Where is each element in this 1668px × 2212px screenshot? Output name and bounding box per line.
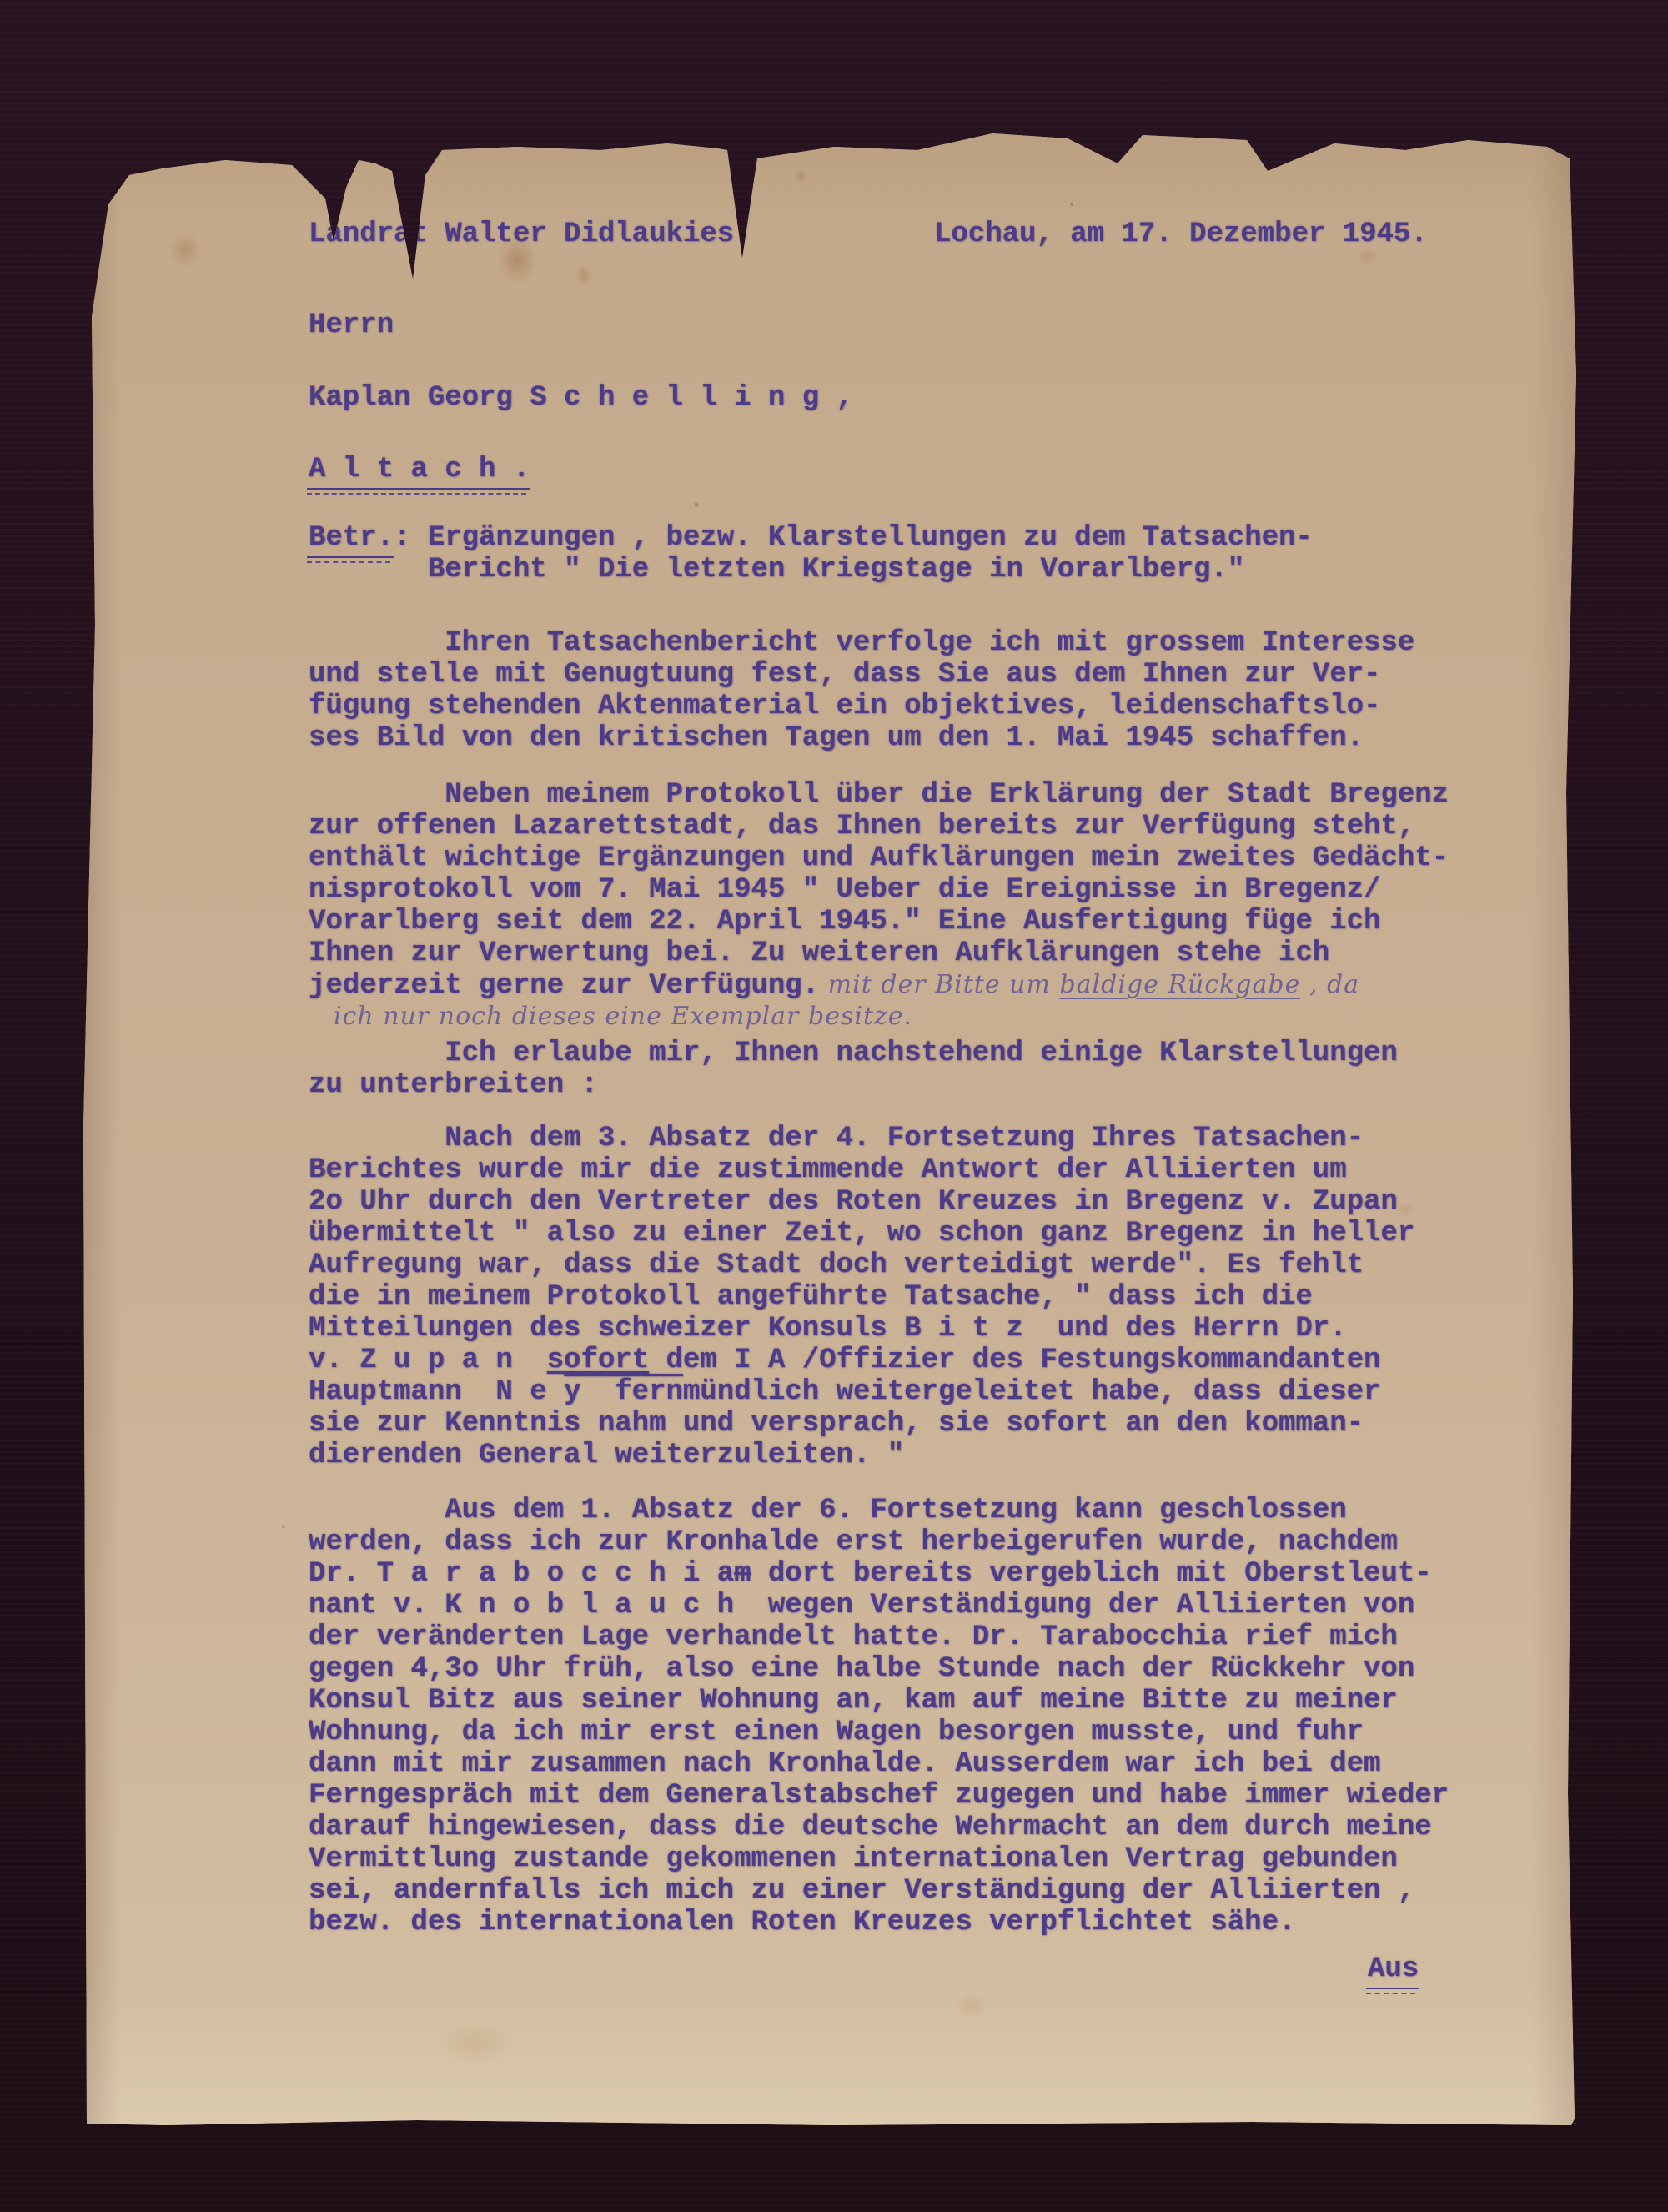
- letter-text-segment: sei, andernfalls ich mich zu einer Verst…: [309, 1875, 1414, 1907]
- letter-line: zur offenen Lazarettstadt, das Ihnen ber…: [309, 811, 1551, 842]
- letter-line: Ihnen zur Verwertung bei. Zu weiteren Au…: [309, 938, 1551, 969]
- letter-line: Betr.: Ergänzungen , bezw. Klarstellunge…: [309, 522, 1551, 554]
- letter-line: die in meinem Protokoll angeführte Tatsa…: [309, 1281, 1551, 1313]
- letter-line: Bericht " Die letzten Kriegstage in Vora…: [309, 554, 1551, 586]
- letter-text-segment: Berichtes wurde mir die zustimmende Antw…: [309, 1154, 1347, 1186]
- letter-text-segment: sie zur Kenntnis nahm und versprach, sie…: [309, 1408, 1364, 1440]
- letter-line: Nach dem 3. Absatz der 4. Fortsetzung Ih…: [309, 1123, 1551, 1154]
- letter-line: Aus dem 1. Absatz der 6. Fortsetzung kan…: [309, 1495, 1551, 1526]
- letter-text-segment: nant v. K n o b l a u c h wegen Verständ…: [309, 1590, 1414, 1621]
- letter-line: Neben meinem Protokoll über die Erklärun…: [309, 779, 1551, 811]
- letter-body: Landrat Walter DidlaukiesLochau, am 17. …: [83, 125, 1576, 1985]
- letter-text-segment: Dr. T a r a b o c c h i a: [309, 1558, 734, 1590]
- letter-line: v. Z u p a n sofort dem I A /Offizier de…: [309, 1345, 1551, 1376]
- recipient-place: A l t a c h .: [309, 454, 530, 485]
- letter-text-segment: v. Z u p a n: [309, 1345, 547, 1376]
- letter-text-segment: Aus dem 1. Absatz der 6. Fortsetzung kan…: [309, 1495, 1347, 1526]
- letter-text-segment: Konsul Bitz aus seiner Wohnung an, kam a…: [309, 1685, 1398, 1717]
- letter-text-segment: Hauptmann N e: [309, 1376, 564, 1408]
- letter-line: bezw. des internationalen Roten Kreuzes …: [309, 1907, 1551, 1938]
- letter-line: enthält wichtige Ergänzungen und Aufklär…: [309, 842, 1551, 874]
- letter-line: Dr. T a r a b o c c h i am dort bereits …: [309, 1558, 1551, 1590]
- handwritten-annotation: mit der Bitte um: [819, 970, 1059, 999]
- letter-line: übermittelt " also zu einer Zeit, wo sch…: [309, 1218, 1551, 1249]
- handwritten-annotation: ich nur noch dieses eine Exemplar besitz…: [334, 1002, 912, 1031]
- letter-text-segment: der veränderten Lage verhandelt hatte. D…: [309, 1621, 1398, 1653]
- letter-text-segment: fügung stehenden Aktenmaterial ein objek…: [309, 691, 1380, 722]
- letter-line: Kaplan Georg S c h e l l i n g ,: [309, 382, 1551, 414]
- letter-line: 2o Uhr durch den Vertreter des Roten Kre…: [309, 1186, 1551, 1218]
- letter-line: werden, dass ich zur Kronhalde erst herb…: [309, 1526, 1551, 1558]
- letter-text-segment: Mitteilungen des schweizer Konsuls B i t…: [309, 1313, 1347, 1345]
- letter-text-segment: darauf hingewiesen, dass die deutsche We…: [309, 1812, 1432, 1843]
- letter-text-segment: Ich erlaube mir, Ihnen nachstehend einig…: [309, 1038, 1398, 1069]
- letter-line: Wohnung, da ich mir erst einen Wagen bes…: [309, 1717, 1551, 1748]
- letter-text-segment: bezw. des internationalen Roten Kreuzes …: [309, 1907, 1295, 1938]
- letter-text-segment: nisprotokoll vom 7. Mai 1945 " Ueber die…: [309, 874, 1380, 906]
- letter-text-segment: dem I A /Offizier des Festungskommandant…: [649, 1345, 1380, 1376]
- subject-label: Betr.: [309, 522, 394, 554]
- letter-line: dann mit mir zusammen nach Kronhalde. Au…: [309, 1748, 1551, 1780]
- letter-text-segment: Ihnen zur Verwertung bei. Zu weiteren Au…: [309, 938, 1329, 969]
- letter-line: Herrn: [309, 309, 1551, 341]
- recipient-salutation: Herrn: [309, 309, 394, 341]
- letter-text-segment: enthält wichtige Ergänzungen und Aufklär…: [309, 842, 1449, 874]
- scan-background: Landrat Walter DidlaukiesLochau, am 17. …: [0, 0, 1668, 2212]
- letter-line: darauf hingewiesen, dass die deutsche We…: [309, 1812, 1551, 1843]
- letter-text-segment: übermittelt " also zu einer Zeit, wo sch…: [309, 1218, 1414, 1249]
- letter-line: Ferngespräch mit dem Generalstabschef zu…: [309, 1780, 1551, 1812]
- sender-name: Landrat Walter Didlaukies: [309, 219, 734, 250]
- letter-text-segment: mündlich weitergeleitet habe, dass diese…: [683, 1376, 1381, 1408]
- letter-text-segment: werden, dass ich zur Kronhalde erst herb…: [309, 1526, 1398, 1558]
- catchword: Aus: [1368, 1953, 1419, 1985]
- letter-text-segment: Vorarlberg seit dem 22. April 1945." Ein…: [309, 906, 1380, 938]
- letter-line: sie zur Kenntnis nahm und versprach, sie…: [309, 1408, 1551, 1440]
- letter-line: Vermittlung zustande gekommenen internat…: [309, 1843, 1551, 1875]
- letter-text-segment: zur offenen Lazarettstadt, das Ihnen ber…: [309, 811, 1414, 842]
- letter-line: ses Bild von den kritischen Tagen um den…: [309, 722, 1551, 754]
- letter-line: A l t a c h .: [309, 454, 1551, 485]
- letter-line: Konsul Bitz aus seiner Wohnung an, kam a…: [309, 1685, 1551, 1717]
- letter-line: nisprotokoll vom 7. Mai 1945 " Ueber die…: [309, 874, 1551, 906]
- letter-line: Mitteilungen des schweizer Konsuls B i t…: [309, 1313, 1551, 1345]
- letter-line: jederzeit gerne zur Verfügung. mit der B…: [309, 969, 1551, 1001]
- letter-text-segment: ses Bild von den kritischen Tagen um den…: [309, 722, 1364, 754]
- letter-text-segment: [309, 1953, 325, 1985]
- handwritten-annotation: , da: [1300, 970, 1359, 999]
- letter-line: Aufregung war, dass die Stadt doch verte…: [309, 1249, 1551, 1281]
- letter-line: Hauptmann N e y fernmündlich weitergelei…: [309, 1376, 1551, 1408]
- letter-line: gegen 4,3o Uhr früh, also eine halbe Stu…: [309, 1653, 1551, 1685]
- letter-line: zu unterbreiten :: [309, 1069, 1551, 1101]
- letter-line: Ich erlaube mir, Ihnen nachstehend einig…: [309, 1038, 1551, 1069]
- letter-text-segment: jederzeit gerne zur Verfügung.: [309, 970, 819, 1002]
- letter-text-segment: Neben meinem Protokoll über die Erklärun…: [309, 779, 1449, 811]
- letter-text-segment: zu unterbreiten :: [309, 1069, 598, 1101]
- letter-text-segment: y fern: [564, 1376, 683, 1408]
- letter-text-segment: Vermittlung zustande gekommenen internat…: [309, 1843, 1398, 1875]
- letter-text-segment: Bericht " Die letzten Kriegstage in Vora…: [309, 554, 1244, 586]
- letter-line: Landrat Walter DidlaukiesLochau, am 17. …: [309, 219, 1551, 250]
- letter-paper: Landrat Walter DidlaukiesLochau, am 17. …: [83, 125, 1576, 2127]
- letter-line: Aus: [309, 1953, 1551, 1985]
- letter-text-segment: dort bereits vergeblich mit Oberstleut-: [751, 1558, 1432, 1590]
- letter-text-segment: Ihren Tatsachenbericht verfolge ich mit …: [309, 627, 1414, 659]
- letter-text-segment: 2o Uhr durch den Vertreter des Roten Kre…: [309, 1186, 1398, 1218]
- letter-text-segment: und stelle mit Genugtuung fest, dass Sie…: [309, 659, 1380, 691]
- letter-line: dierenden General weiterzuleiten. ": [309, 1440, 1551, 1471]
- letter-line: der veränderten Lage verhandelt hatte. D…: [309, 1621, 1551, 1653]
- letter-text-segment: dierenden General weiterzuleiten. ": [309, 1440, 904, 1471]
- letter-line: nant v. K n o b l a u c h wegen Verständ…: [309, 1590, 1551, 1621]
- letter-line: Berichtes wurde mir die zustimmende Antw…: [309, 1154, 1551, 1186]
- letter-line: und stelle mit Genugtuung fest, dass Sie…: [309, 659, 1551, 691]
- letter-text-segment: : Ergänzungen , bezw. Klarstellungen zu …: [394, 522, 1313, 554]
- letter-text-segment: Wohnung, da ich mir erst einen Wagen bes…: [309, 1717, 1364, 1748]
- letter-line: Ihren Tatsachenbericht verfolge ich mit …: [309, 627, 1551, 659]
- letter-line: Vorarlberg seit dem 22. April 1945." Ein…: [309, 906, 1551, 938]
- letter-line: ich nur noch dieses eine Exemplar besitz…: [309, 1001, 1551, 1033]
- letter-text-segment: Aufregung war, dass die Stadt doch verte…: [309, 1249, 1364, 1281]
- letter-text-segment: m: [734, 1558, 751, 1590]
- letter-text-segment: Ferngespräch mit dem Generalstabschef zu…: [309, 1780, 1449, 1812]
- letter-text-segment: sofort: [547, 1345, 649, 1376]
- dateline: Lochau, am 17. Dezember 1945.: [934, 219, 1428, 250]
- handwritten-annotation: baldige Rückgabe: [1059, 970, 1300, 999]
- letter-line: sei, andernfalls ich mich zu einer Verst…: [309, 1875, 1551, 1907]
- letter-line: fügung stehenden Aktenmaterial ein objek…: [309, 691, 1551, 722]
- letter-text-segment: Nach dem 3. Absatz der 4. Fortsetzung Ih…: [309, 1123, 1364, 1154]
- letter-text-segment: gegen 4,3o Uhr früh, also eine halbe Stu…: [309, 1653, 1414, 1685]
- letter-text-segment: die in meinem Protokoll angeführte Tatsa…: [309, 1281, 1313, 1313]
- recipient-name: Kaplan Georg S c h e l l i n g ,: [309, 382, 853, 414]
- letter-text-segment: dann mit mir zusammen nach Kronhalde. Au…: [309, 1748, 1380, 1780]
